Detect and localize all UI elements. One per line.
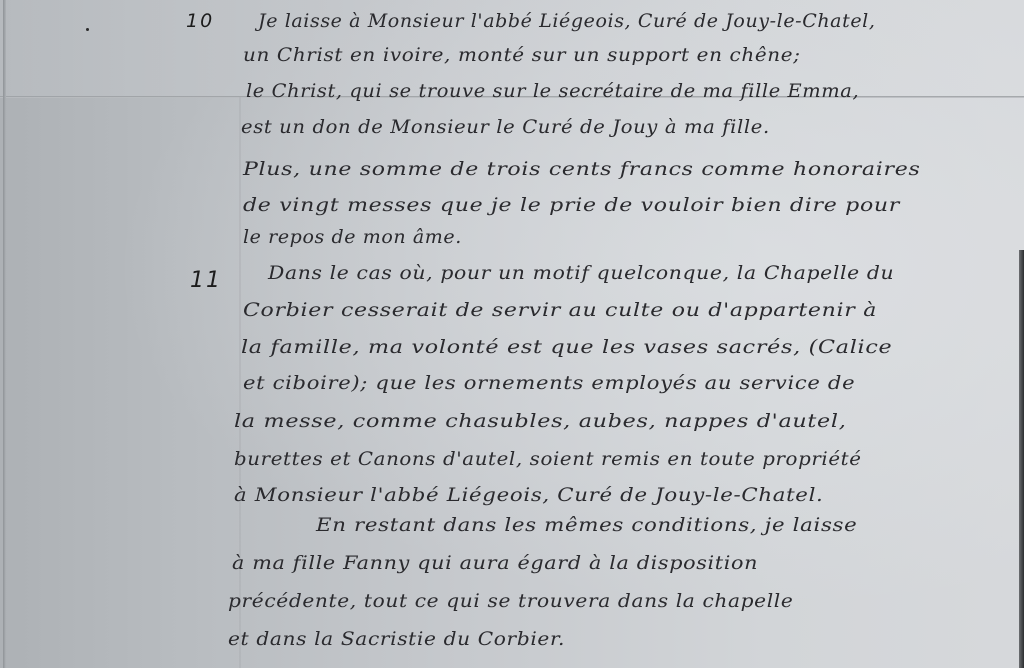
- section-number-11: 11: [190, 268, 222, 293]
- section-11-line-11: et dans la Sacristie du Corbier.: [228, 628, 565, 650]
- section-10-line-2: un Christ en ivoire, monté sur un suppor…: [243, 44, 801, 66]
- section-10-line-7: le repos de mon âme.: [243, 226, 462, 248]
- vertical-crease: [239, 97, 241, 668]
- section-11-line-6: burettes et Canons d'autel, soient remis…: [234, 448, 862, 470]
- manuscript-page: 10 Je laisse à Monsieur l'abbé Liégeois,…: [0, 0, 1024, 668]
- section-11-line-4: et ciboire); que les ornements employés …: [243, 372, 855, 394]
- section-11-line-2: Corbier cesserait de servir au culte ou …: [243, 299, 877, 321]
- section-11-line-10: précédente, tout ce qui se trouvera dans…: [228, 590, 793, 612]
- margin-dot: [86, 28, 89, 31]
- section-11-line-7: à Monsieur l'abbé Liégeois, Curé de Jouy…: [234, 484, 823, 506]
- section-11-line-3: la famille, ma volonté est que les vases…: [241, 336, 892, 358]
- section-10-line-6: de vingt messes que je le prie de vouloi…: [243, 194, 900, 216]
- section-10-line-1: Je laisse à Monsieur l'abbé Liégeois, Cu…: [258, 10, 876, 32]
- section-11-line-5: la messe, comme chasubles, aubes, nappes…: [234, 410, 847, 432]
- section-10-line-3: le Christ, qui se trouve sur le secrétai…: [246, 80, 859, 102]
- section-11-line-1: Dans le cas où, pour un motif quelconque…: [268, 262, 894, 284]
- section-10-line-5: Plus, une somme de trois cents francs co…: [243, 158, 920, 180]
- section-11-line-9: à ma fille Fanny qui aura égard à la dis…: [232, 552, 758, 574]
- right-edge-shadow: [1019, 250, 1024, 668]
- section-11-line-8: En restant dans les mêmes conditions, je…: [316, 514, 857, 536]
- section-number-10: 10: [186, 10, 214, 32]
- left-paper-edge: [3, 0, 6, 668]
- section-10-line-4: est un don de Monsieur le Curé de Jouy à…: [241, 116, 770, 138]
